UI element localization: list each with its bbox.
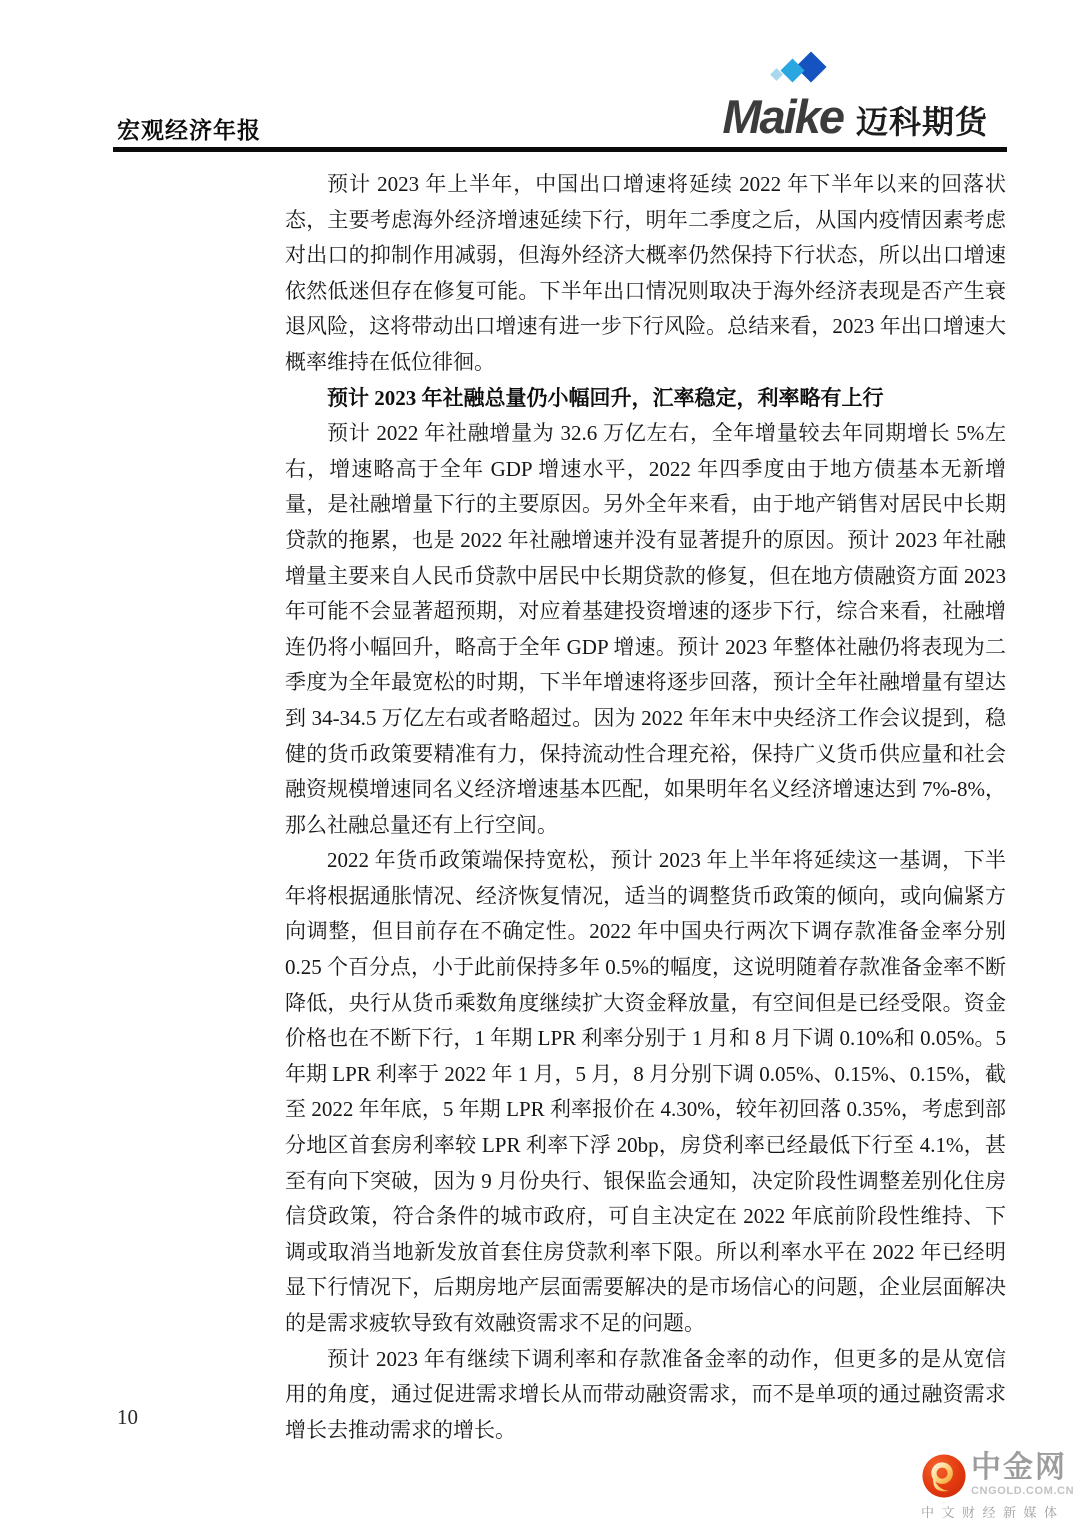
page-number: 10 — [117, 1405, 138, 1430]
maike-diamonds-icon — [770, 54, 850, 88]
paragraph-export-outlook: 预计 2023 年上半年，中国出口增速将延续 2022 年下半年以来的回落状态，… — [285, 167, 1006, 381]
cngold-watermark-text: 中金网 CNGOLD.COM.CN — [971, 1453, 1074, 1498]
maike-logo: Maike 迈科期货 — [722, 76, 988, 140]
report-type-title: 宏观经济年报 — [117, 112, 261, 145]
cngold-tagline: 中文财经新媒体 — [921, 1502, 1071, 1521]
article-body: 预计 2023 年上半年，中国出口增速将延续 2022 年下半年以来的回落状态，… — [285, 167, 1006, 1448]
cngold-watermark: 中金网 CNGOLD.COM.CN 中文财经新媒体 — [921, 1453, 1071, 1521]
paragraph-monetary-policy: 2022 年货币政策端保持宽松，预计 2023 年上半年将延续这一基调，下半年将… — [285, 843, 1006, 1341]
cngold-watermark-top: 中金网 CNGOLD.COM.CN — [921, 1453, 1071, 1499]
section-heading-social-financing: 预计 2023 年社融总量仍小幅回升，汇率稳定，利率略有上行 — [285, 381, 1006, 417]
paragraph-2023-outlook: 预计 2023 年有继续下调利率和存款准备金率的动作，但更多的是从宽信用的角度，… — [285, 1342, 1006, 1449]
header-divider-rule — [113, 147, 1007, 152]
maike-logo-wordmark: Maike — [722, 93, 847, 140]
report-page: 宏观经济年报 Maike 迈科期货 预计 2023 年上半年，中国出口增速将延续… — [0, 0, 1080, 1527]
cngold-site-name: 中金网 — [971, 1453, 1074, 1483]
cngold-site-domain: CNGOLD.COM.CN — [971, 1485, 1074, 1498]
cngold-logo-icon — [921, 1453, 967, 1499]
maike-logo-chinese-name: 迈科期货 — [856, 105, 988, 140]
paragraph-social-financing: 预计 2022 年社融增量为 32.6 万亿左右，全年增量较去年同期增长 5%左… — [285, 416, 1006, 843]
